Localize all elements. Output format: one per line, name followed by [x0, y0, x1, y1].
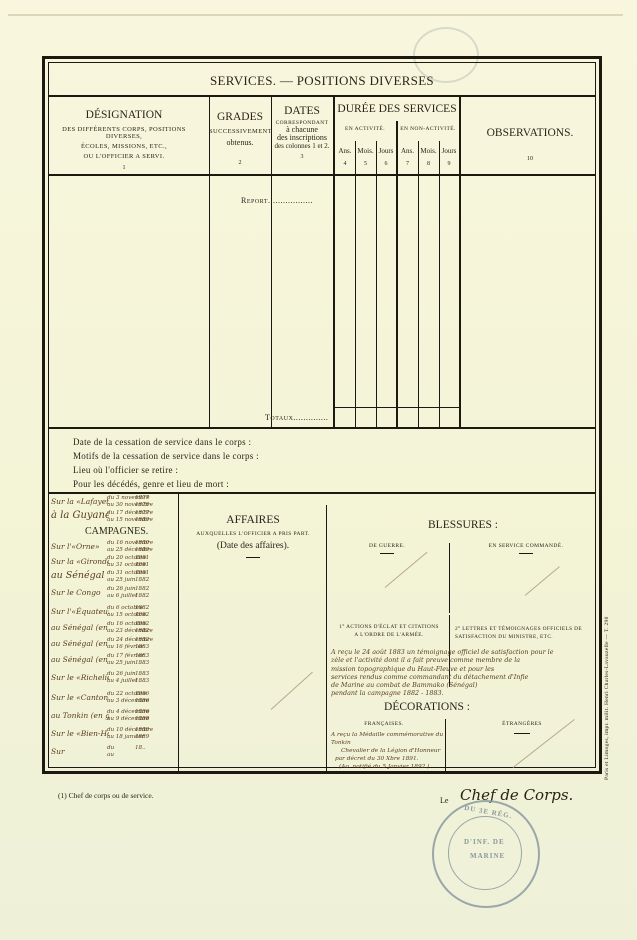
sub-jours: Jours9	[439, 148, 459, 167]
sub-mois: Mois.8	[418, 148, 439, 167]
blessures-service-label: EN SERVICE COMMANDÉ.	[453, 543, 599, 554]
page-title: SERVICES. — POSITIONS DIVERSES	[45, 73, 599, 89]
report-label: Report..................	[241, 196, 313, 205]
decorations-divider	[445, 719, 446, 771]
campaign-row: Sur le «Canton»du 22 octobreau 3 décembr…	[49, 691, 147, 705]
campaign-row: au Tonkin (en guerre)du 4 décembreau 9 d…	[49, 709, 147, 723]
campaign-row: Surduau18..	[49, 745, 147, 759]
blessures-guerre-label: DE GUERRE.	[327, 543, 447, 554]
affaires-header: AFFAIRES AUXQUELLES L'OFFICIER A PRIS PA…	[179, 514, 327, 558]
citation-handwritten: A reçu le 24 août 1883 un témoignage off…	[331, 648, 599, 698]
services-frame: SERVICES. — POSITIONS DIVERSES DÉSIGNATI…	[42, 56, 602, 774]
page-edge	[8, 14, 623, 16]
divider	[48, 95, 596, 97]
campaign-row: Sur le «Bien-Hoa»du 10 décembreau 18 jan…	[49, 727, 147, 741]
col-observations-header: OBSERVATIONS. 10	[461, 127, 599, 162]
official-stamp: DU 3E RÉG. D'INF. DE MARINE	[432, 800, 540, 908]
col-dates-header: DATES CORRESPONDANT à chacune des inscri…	[271, 105, 333, 161]
col-divider	[376, 141, 377, 427]
en-non-activite-label: EN NON-ACTIVITÉ.	[397, 126, 459, 132]
col-grades-header: GRADES SUCCESSIVEMENT obtenus. 2	[209, 111, 271, 166]
header-divider	[48, 174, 596, 176]
campaign-row: Sur le Congodu 26 juinau 6 juillet188218…	[49, 586, 147, 600]
campaign-row: Sur le «Richelieu»du 26 juinau 4 juillet…	[49, 671, 147, 685]
decorations-title: DÉCORATIONS :	[327, 701, 527, 714]
footnote: (1) Chef de corps ou de service.	[58, 791, 178, 800]
campaign-row: Sur l'«Équateur»du 6 octobreau 15 octobr…	[49, 605, 147, 619]
campaign-row: à la Guyanedu 17 décembreau 15 novembre1…	[49, 510, 147, 524]
blessures-divider	[449, 543, 450, 613]
campaign-row: au Sénégaldu 31 octobreau 25 juin1881188…	[49, 570, 147, 584]
duree-title: DURÉE DES SERVICES	[335, 103, 459, 116]
col-divider	[355, 141, 356, 427]
campagnes-section: Sur la «Lafayette»du 3 novembreau 30 nov…	[49, 495, 159, 771]
totaux-line	[335, 407, 459, 408]
campaign-row: au Sénégal (en paix)du 16 octobreau 23 d…	[49, 621, 147, 635]
deces-label: Pour les décédés, genre et lieu de mort …	[73, 479, 229, 489]
campagnes-title: CAMPAGNES.	[85, 526, 148, 537]
totaux-label: Totaux..............	[265, 413, 328, 422]
campaign-row: au Sénégal (en guerre)du 24 décembreau 1…	[49, 637, 147, 651]
decorations-etrangeres-label: ÉTRANGÈRES	[445, 721, 599, 734]
sub-jours: Jours6	[376, 148, 396, 167]
document-page: SERVICES. — POSITIONS DIVERSES DÉSIGNATI…	[0, 0, 637, 940]
sub-mois: Mois.5	[355, 148, 376, 167]
col-divider	[333, 97, 335, 427]
campaign-row: Sur la «Lafayette»du 3 novembreau 30 nov…	[49, 495, 147, 509]
campaign-row: Sur la «Gironde»du 20 octobreau 31 octob…	[49, 555, 147, 569]
printer-imprint: Paris et Limoges, impr. milit. Henri Cha…	[604, 616, 610, 780]
divider	[48, 492, 596, 494]
lettres-header: 2° LETTRES ET TÉMOIGNAGES OFFICIELS DE S…	[455, 625, 593, 642]
sub-ans: Ans.7	[397, 148, 418, 167]
signature-prefix: Le	[440, 796, 448, 805]
blessures-title: BLESSURES :	[327, 519, 599, 532]
col-divider	[418, 141, 419, 427]
col-divider	[439, 141, 440, 427]
decorations-francaises-label: FRANÇAISES.	[327, 721, 441, 727]
totaux-divider	[48, 427, 596, 429]
decorations-handwritten: A reçu la Médaille commémorative du Tonk…	[331, 731, 445, 771]
cessation-date-label: Date de la cessation de service dans le …	[73, 437, 251, 447]
campaign-row: au Sénégal (en paix)du 17 févrierau 25 j…	[49, 653, 147, 667]
en-activite-label: EN ACTIVITÉ.	[335, 126, 395, 132]
cessation-motifs-label: Motifs de la cessation de service dans l…	[73, 451, 259, 461]
campaign-row: Sur l'«Orne»du 16 novembreau 25 décembre…	[49, 540, 147, 554]
retraite-lieu-label: Lieu où l'officier se retire :	[73, 465, 178, 475]
col-designation-header: DÉSIGNATION DES DIFFÉRENTS CORPS, POSITI…	[49, 109, 199, 172]
sub-ans: Ans.4	[335, 148, 355, 167]
actions-eclat-header: 1° ACTIONS D'ÉCLAT ET CITATIONS A L'ORDR…	[331, 625, 447, 639]
